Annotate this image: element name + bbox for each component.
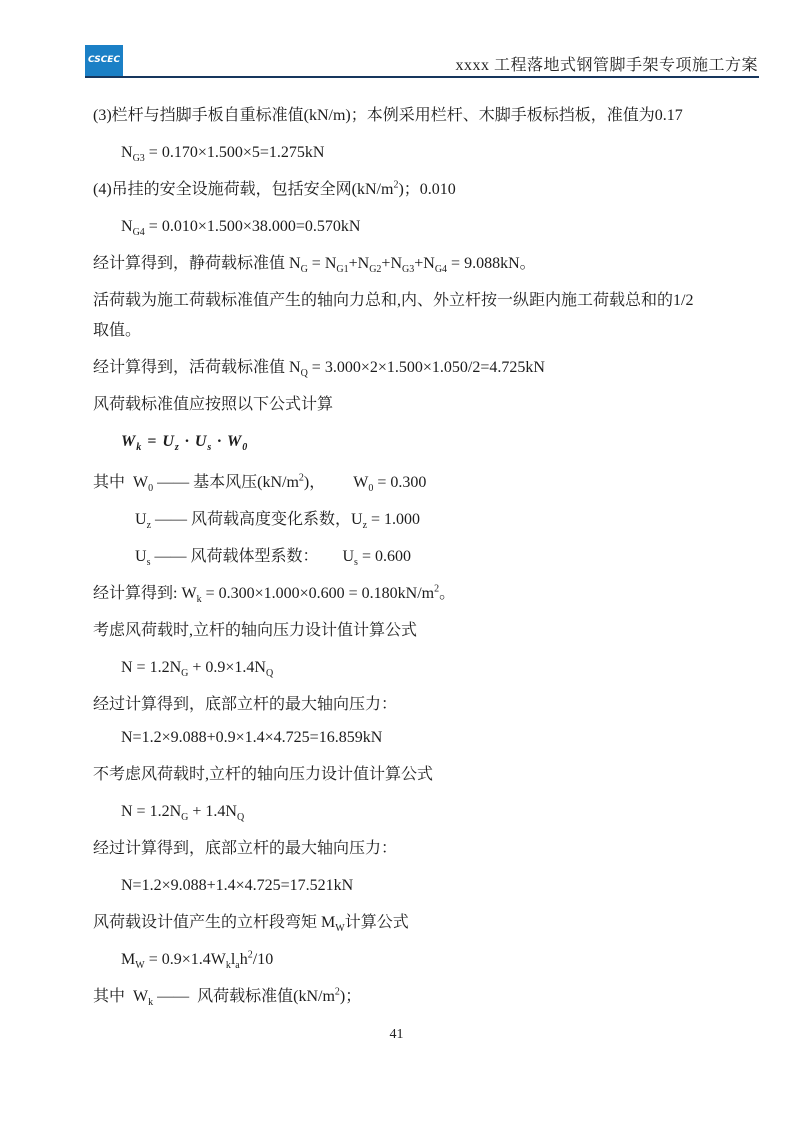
text-line: 风荷载设计值产生的立杆段弯矩 MW计算公式	[93, 908, 701, 938]
text-line: (4)吊挂的安全设施荷载，包括安全网(kN/m2)；0.010	[93, 175, 701, 205]
document-body: (3)栏杆与挡脚手板自重标准值(kN/m)；本例采用栏杆、木脚手板标挡板，准值为…	[93, 101, 701, 1019]
text-line: 经过计算得到，底部立杆的最大轴向压力：	[93, 834, 701, 864]
text-line: 经计算得到: Wk = 0.300×1.000×0.600 = 0.180kN/…	[93, 579, 701, 609]
text-line: Uz —— 风荷载高度变化系数，Uz = 1.000	[93, 505, 701, 535]
header-divider	[85, 76, 759, 78]
text-line: 经计算得到，静荷载标准值 NG = NG1+NG2+NG3+NG4 = 9.08…	[93, 249, 701, 279]
text-line: Wk = Uz · Us · W0	[93, 427, 701, 457]
text-line: 经计算得到，活荷载标准值 NQ = 3.000×2×1.500×1.050/2=…	[93, 353, 701, 383]
text-line: N = 1.2NG + 1.4NQ	[93, 797, 701, 827]
header-title: xxxx 工程落地式钢管脚手架专项施工方案	[455, 52, 758, 75]
text-line: 考虑风荷载时,立杆的轴向压力设计值计算公式	[93, 616, 701, 646]
text-line: Us —— 风荷载体型系数： Us = 0.600	[93, 542, 701, 572]
page-number: 41	[390, 1027, 404, 1042]
text-line: 活荷载为施工荷载标准值产生的轴向力总和,内、外立杆按一纵距内施工荷载总和的1/2…	[93, 286, 701, 346]
document-page: CSCEC xxxx 工程落地式钢管脚手架专项施工方案 (3)栏杆与挡脚手板自重…	[0, 0, 793, 1122]
text-line: 不考虑风荷载时,立杆的轴向压力设计值计算公式	[93, 760, 701, 790]
text-line: (3)栏杆与挡脚手板自重标准值(kN/m)；本例采用栏杆、木脚手板标挡板，准值为…	[93, 101, 701, 131]
text-line: MW = 0.9×1.4Wklah2/10	[93, 945, 701, 975]
text-line: N=1.2×9.088+0.9×1.4×4.725=16.859kN	[93, 723, 701, 753]
text-line: 风荷载标准值应按照以下公式计算	[93, 390, 701, 420]
text-line: 经过计算得到，底部立杆的最大轴向压力：	[93, 690, 701, 720]
text-line: 其中 Wk —— 风荷载标准值(kN/m2)；	[93, 982, 701, 1012]
page-footer: 41	[0, 1025, 793, 1043]
text-line: NG3 = 0.170×1.500×5=1.275kN	[93, 138, 701, 168]
text-line: N=1.2×9.088+1.4×4.725=17.521kN	[93, 871, 701, 901]
text-line: NG4 = 0.010×1.500×38.000=0.570kN	[93, 212, 701, 242]
text-line: N = 1.2NG + 0.9×1.4NQ	[93, 653, 701, 683]
text-line: 其中 W0 —— 基本风压(kN/m2)， W0 = 0.300	[93, 468, 701, 498]
cscec-logo-text: CSCEC	[88, 56, 120, 65]
cscec-logo: CSCEC	[85, 45, 123, 76]
